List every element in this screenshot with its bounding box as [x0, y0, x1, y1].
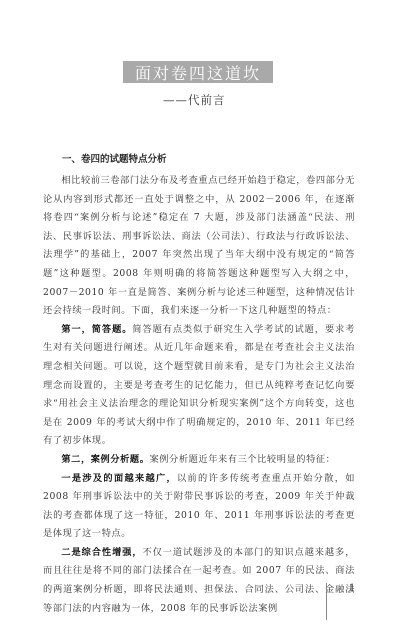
paragraph-text: 相比较前三卷部门法分布及考查重点已经开始趋于稳定，卷四部分无论从内容到形式都还一… — [43, 175, 355, 316]
body-text: 相比较前三卷部门法分布及考查重点已经开始趋于稳定，卷四部分无论从内容到形式都还一… — [43, 172, 355, 618]
page-number: 1 — [349, 583, 355, 594]
chapter-subtitle: ——代前言 — [163, 92, 226, 108]
section-heading: 一、卷四的试题特点分析 — [62, 151, 167, 165]
chapter-title: 面对卷四这道坎 — [135, 61, 261, 84]
paragraph: 第一，简答题。简答题有点类似于研究生入学考试的试题，要求考生对有关问题进行阐述。… — [43, 321, 355, 451]
paragraph-lead: 第一，简答题。 — [61, 324, 132, 335]
paragraph-lead: 二是综合性增强， — [61, 547, 142, 558]
paragraph-lead: 一是涉及的面越来越广， — [61, 473, 177, 484]
paragraph: 第二，案例分析题。案例分析题近年来有三个比较明显的特征： — [43, 451, 355, 470]
paragraph: 二是综合性增强，不仅一道试题涉及的本部门的知识点越来越多，而且往往是将不同的部门… — [43, 544, 355, 618]
paragraph-text: 案例分析题近年来有三个比较明显的特征： — [149, 454, 335, 465]
paragraph: 一是涉及的面越来越广，以前的许多传统考查重点开始分散，如 2008 年刑事诉讼法… — [43, 470, 355, 544]
chapter-title-box: 面对卷四这道坎 — [123, 61, 273, 83]
paragraph-text: 简答题有点类似于研究生入学考试的试题，要求考生对有关问题进行阐述。从近几年命题来… — [43, 324, 355, 447]
page-margin-rule — [326, 583, 327, 620]
paragraph: 相比较前三卷部门法分布及考查重点已经开始趋于稳定，卷四部分无论从内容到形式都还一… — [43, 172, 355, 321]
paragraph-lead: 第二，案例分析题。 — [61, 454, 149, 465]
